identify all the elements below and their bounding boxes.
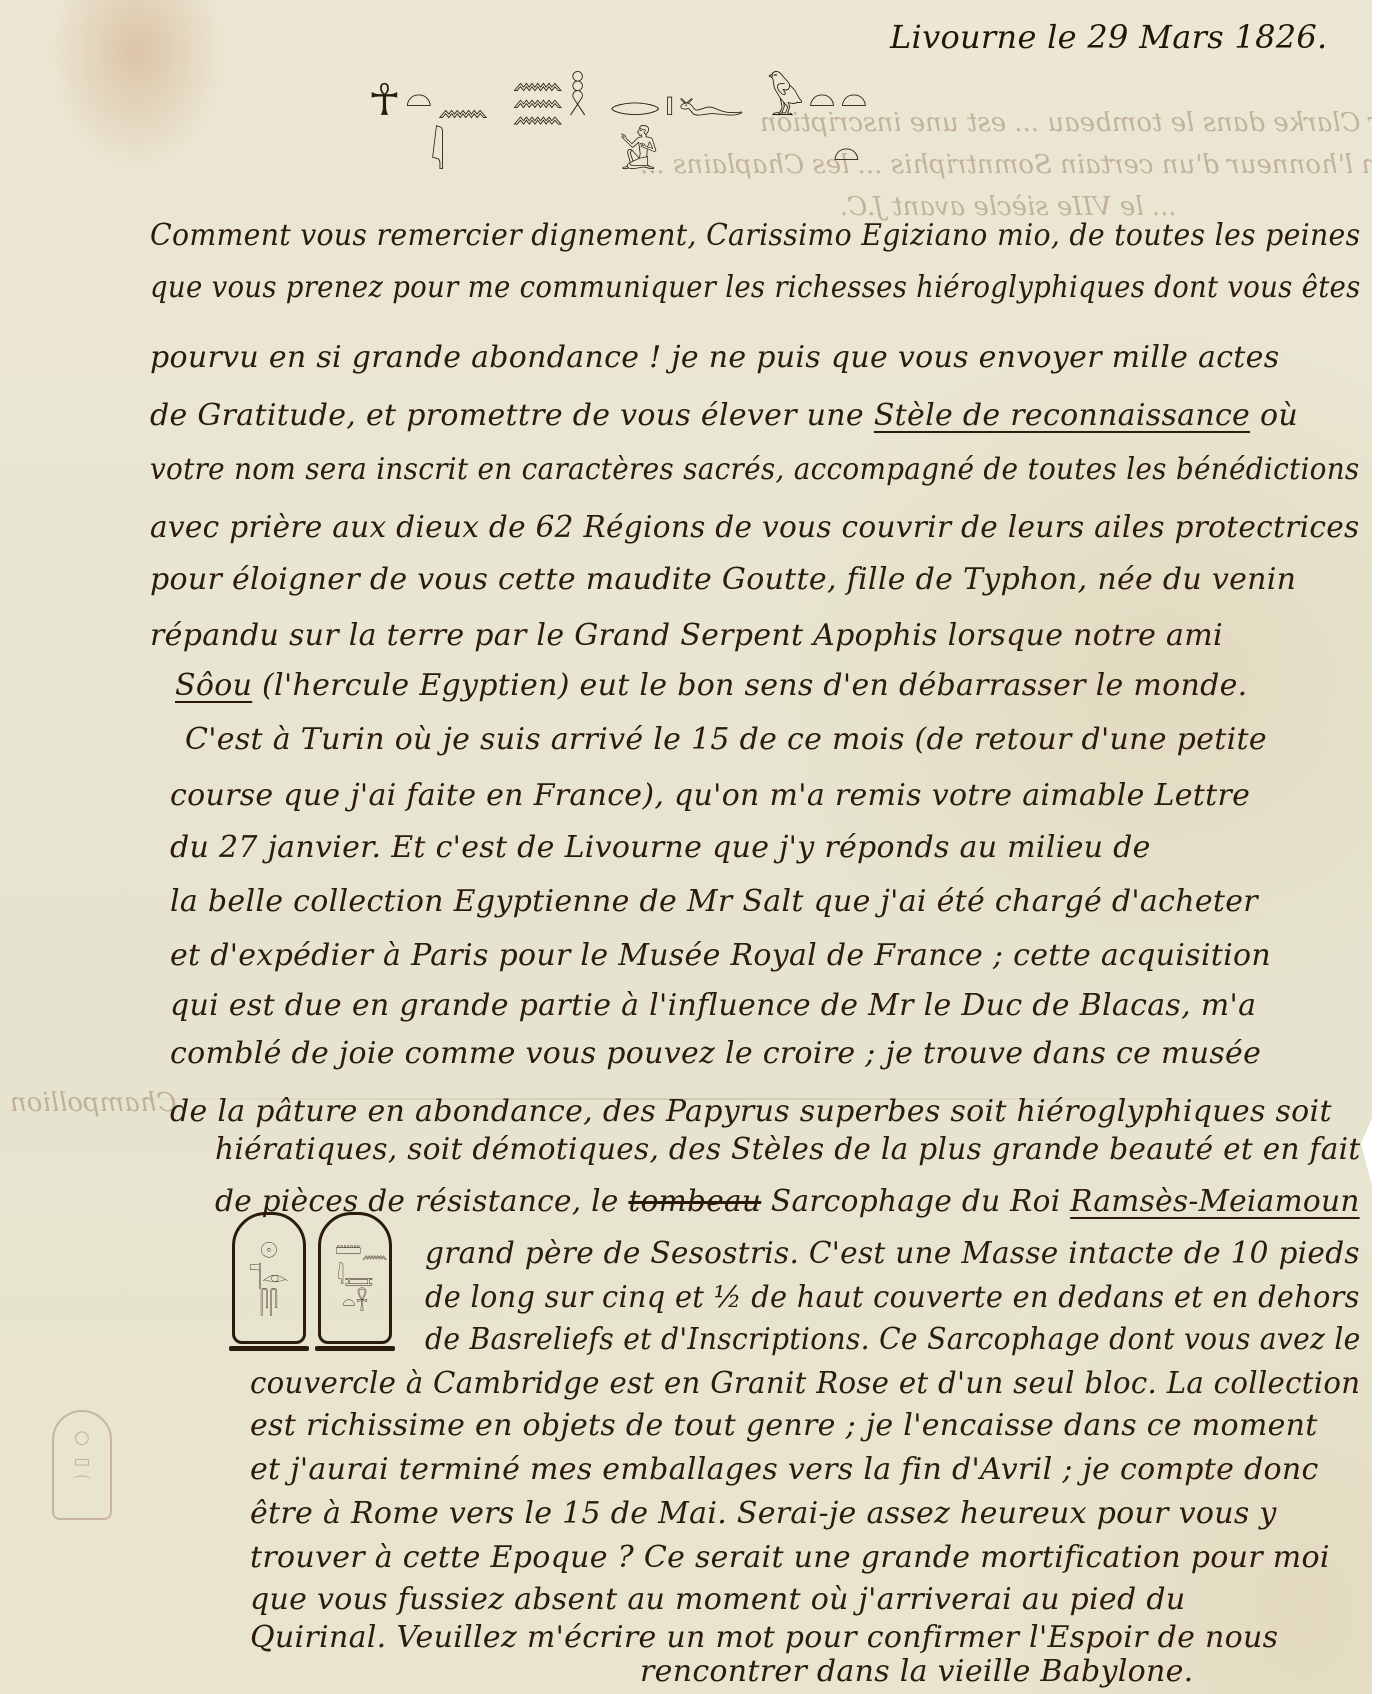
letter-line-27: que vous fussiez absent au moment où j'a… xyxy=(250,1582,1185,1617)
letter-line-7: pour éloigner de vous cette maudite Gout… xyxy=(150,562,1296,597)
hieroglyph-salutation-row-2: 𓇋 𓀀 𓏏 xyxy=(430,112,940,184)
underlined-king-name: Ramsès-Meiamoun xyxy=(1070,1184,1359,1219)
cartouche-glyphs: 𓏠𓈖 𓇋𓈘 𓏏𓋹 xyxy=(335,1239,375,1317)
letter-line-8: répandu sur la terre par le Grand Serpen… xyxy=(150,618,1223,653)
letter-line-9-text: (l'hercule Egyptien) eut le bon sens d'e… xyxy=(262,668,1247,703)
letter-line-10: C'est à Turin où je suis arrivé le 15 de… xyxy=(185,722,1267,757)
underlined-stele-phrase: Stèle de reconnaissance xyxy=(874,398,1250,433)
letter-line-15: qui est due en grande partie à l'influen… xyxy=(170,988,1256,1023)
letter-line-23: est richissime en objets de tout genre ;… xyxy=(250,1408,1318,1443)
letter-line-26: trouver à cette Epoque ? Ce serait une g… xyxy=(250,1540,1330,1575)
royal-cartouche-right: 𓏠𓈖 𓇋𓈘 𓏏𓋹 xyxy=(318,1212,392,1344)
letter-line-4-end: où xyxy=(1260,398,1298,433)
letter-line-2: que vous prenez pour me communiquer les … xyxy=(150,270,1361,305)
letter-line-25: être à Rome vers le 15 de Mai. Serai-je … xyxy=(250,1496,1277,1531)
letter-line-20: de long sur cinq et ½ de haut couverte e… xyxy=(425,1280,1360,1315)
letter-line-1: Comment vous remercier dignement, Cariss… xyxy=(150,218,1360,253)
letter-line-22: couvercle à Cambridge est en Granit Rose… xyxy=(250,1366,1360,1401)
letter-line-19-mid: Sarcophage du Roi xyxy=(771,1184,1061,1219)
bleed-through-signature: Champollion xyxy=(10,1088,176,1118)
royal-cartouche-left: 𓇳 𓊹𓁹 𓋴𓋴 xyxy=(232,1212,306,1344)
letter-line-4: de Gratitude, et promettre de vous éleve… xyxy=(150,398,1298,433)
letter-line-11: course que j'ai faite en France), qu'on … xyxy=(170,778,1250,813)
underlined-name-soou: Sôou xyxy=(175,668,252,703)
letter-line-14: et d'expédier à Paris pour le Musée Roya… xyxy=(170,938,1271,973)
letter-line-grand-pere: grand père de Sesostris. C'est une Masse… xyxy=(425,1236,1360,1271)
letter-page: La Stèle trouvée par le Docteur Clarke d… xyxy=(0,0,1372,1694)
letter-line-13: la belle collection Egyptienne de Mr Sal… xyxy=(170,884,1258,919)
cartouche-glyphs: 𓇳 𓊹𓁹 𓋴𓋴 xyxy=(249,1239,289,1317)
letter-line-5: votre nom sera inscrit en caractères sac… xyxy=(150,452,1360,487)
struck-out-word: tombeau xyxy=(628,1184,761,1219)
letter-line-28: Quirinal. Veuillez m'écrire un mot pour … xyxy=(250,1620,1278,1655)
letter-line-12: du 27 janvier. Et c'est de Livourne que … xyxy=(170,830,1151,865)
letter-line-18: hiératiques, soit démotiques, des Stèles… xyxy=(215,1132,1361,1167)
letter-line-4-text: de Gratitude, et promettre de vous éleve… xyxy=(150,398,864,433)
bleed-through-cartouche: ○▭⌒ xyxy=(52,1410,112,1520)
letter-line-3: pourvu en si grande abondance ! je ne pu… xyxy=(150,340,1279,375)
letter-line-21: de Basreliefs et d'Inscriptions. Ce Sarc… xyxy=(425,1322,1361,1357)
letter-line-closing: rencontrer dans la vieille Babylone. xyxy=(640,1654,1194,1689)
letter-line-9: Sôou (l'hercule Egyptien) eut le bon sen… xyxy=(175,668,1248,703)
letter-line-19: de pièces de résistance, le tombeau Sarc… xyxy=(215,1184,1360,1219)
dateline: Livourne le 29 Mars 1826. xyxy=(890,18,1328,56)
letter-line-24: et j'aurai terminé mes emballages vers l… xyxy=(250,1452,1319,1487)
letter-line-6: avec prière aux dieux de 62 Régions de v… xyxy=(150,510,1359,545)
letter-line-17: de la pâture en abondance, des Papyrus s… xyxy=(170,1094,1332,1129)
letter-line-16: comblé de joie comme vous pouvez le croi… xyxy=(170,1036,1261,1071)
